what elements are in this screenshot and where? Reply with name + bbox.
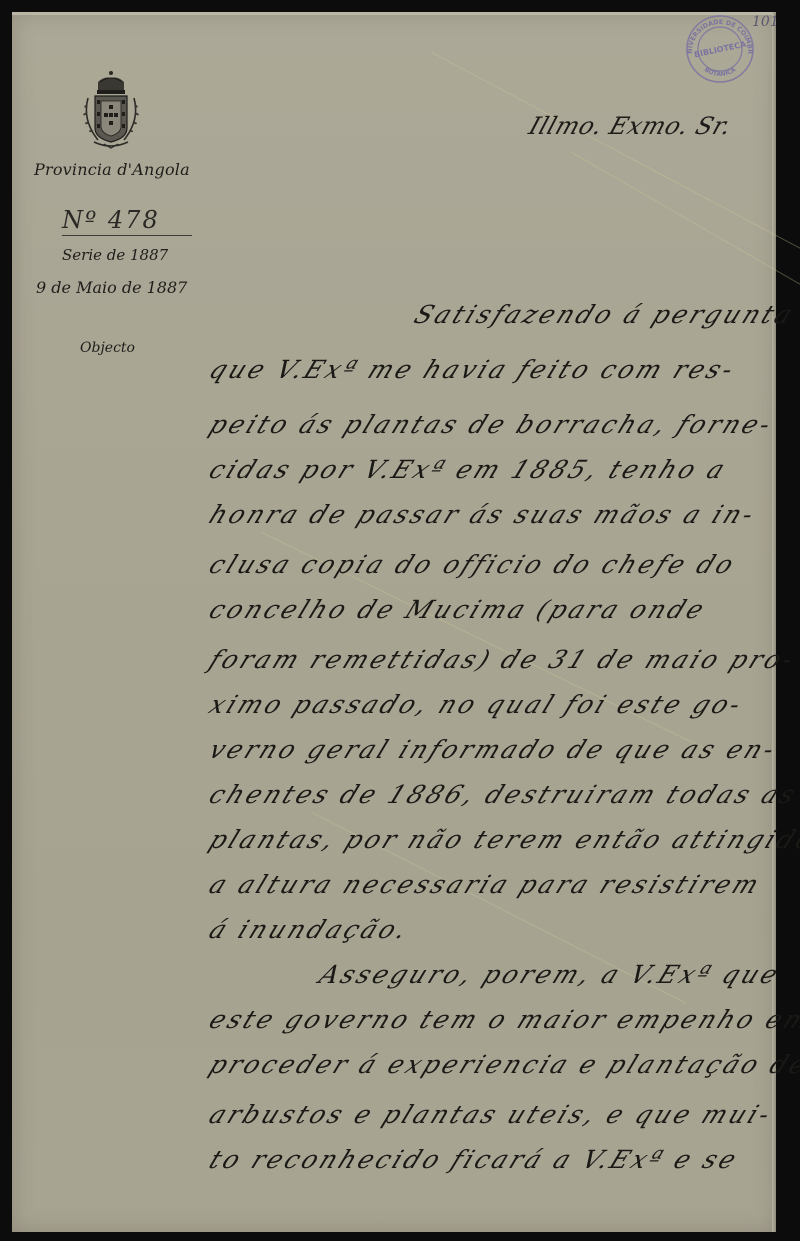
handwritten-line: a altura necessaria para resistirem — [205, 870, 766, 899]
folio-number: 101 — [752, 14, 779, 30]
number-underline — [62, 235, 192, 236]
handwritten-line: plantas, por não terem então attingido — [205, 825, 800, 854]
paper-top-edge — [12, 12, 776, 15]
handwritten-line: honra de passar ás suas mãos a in- — [205, 500, 761, 529]
handwritten-line: verno geral informado de que as en- — [205, 735, 782, 764]
handwritten-line: chentes de 1886, destruiram todas as — [205, 780, 800, 809]
document-date: 9 de Maio de 1887 — [36, 278, 187, 297]
document-series: Serie de 1887 — [62, 246, 168, 264]
handwritten-line: peito ás plantas de borracha, forne- — [205, 410, 778, 439]
subject-label: Objecto — [80, 340, 135, 356]
handwritten-line: foram remettidas) de 31 de maio pro- — [205, 645, 800, 674]
paper-crease — [572, 152, 800, 303]
handwritten-line: Satisfazendo á pergunta — [410, 300, 800, 329]
svg-text:BIBLIOTECA: BIBLIOTECA — [693, 39, 748, 59]
handwritten-line: que V.Exª me havia feito com res- — [205, 355, 741, 384]
library-stamp-icon: UNIVERSIDADE DE COIMBRA BOTANICA BIBLIOT… — [683, 12, 757, 86]
handwritten-line: to reconhecido ficará a V.Exª e se — [205, 1145, 744, 1174]
handwritten-line: Asseguro, porem, a V.Exª que — [315, 960, 785, 989]
handwritten-line: proceder á experiencia e plantação de — [205, 1050, 800, 1079]
handwritten-line: cidas por V.Exª em 1885, tenho a — [205, 455, 732, 484]
document-number: Nº 478 — [62, 206, 160, 234]
handwritten-line: concelho de Mucima (para onde — [205, 595, 711, 624]
handwritten-line: ximo passado, no qual foi este go- — [205, 690, 748, 719]
coat-of-arms-icon — [76, 68, 146, 152]
province-name: Provincia d'Angola — [34, 160, 190, 179]
svg-text:BOTANICA: BOTANICA — [703, 66, 738, 78]
salutation: Illmo. Exmo. Sr. — [525, 112, 735, 140]
handwritten-line: clusa copia do officio do chefe do — [205, 550, 741, 579]
handwritten-line: arbustos e plantas uteis, e que mui- — [205, 1100, 777, 1129]
handwritten-line: á inundação. — [205, 915, 414, 944]
scanned-document: UNIVERSIDADE DE COIMBRA BOTANICA BIBLIOT… — [0, 0, 800, 1241]
handwritten-line: este governo tem o maior empenho em — [205, 1005, 800, 1034]
paper-right-edge — [772, 12, 776, 1232]
